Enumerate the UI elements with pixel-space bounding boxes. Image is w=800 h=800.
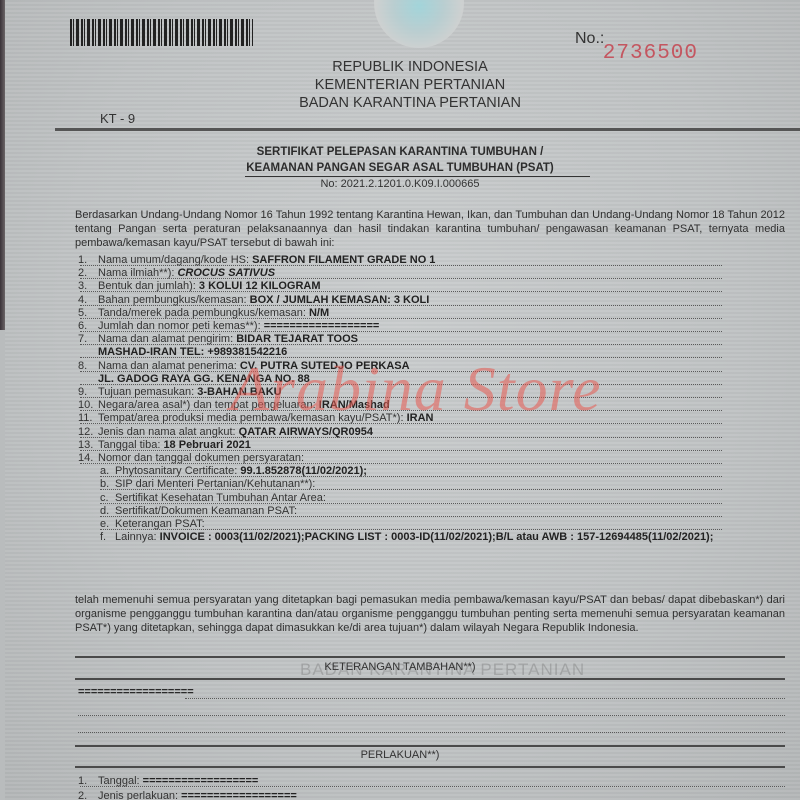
field-value: QATAR AIRWAYS/QR0954: [239, 426, 373, 438]
treatment-heading: PERLAKUAN**): [200, 749, 600, 761]
field-label: Tujuan pemasukan:: [98, 386, 197, 398]
field-label: Tanda/merek pada pembungkus/kemasan:: [98, 307, 309, 319]
document-label: Phytosanitary Certificate:: [115, 465, 240, 477]
treatment-row: 2.Jenis perlakuan: ==================: [78, 789, 297, 800]
document-row: e.Keterangan PSAT:: [100, 517, 205, 531]
treatment-number: 1.: [78, 774, 98, 788]
agency-header: REPUBLIK INDONESIA KEMENTERIAN PERTANIAN…: [230, 58, 590, 112]
field-number: 4.: [78, 293, 98, 307]
treatment-number: 2.: [78, 789, 98, 800]
title-line: KEAMANAN PANGAN SEGAR ASAL TUMBUHAN (PSA…: [200, 160, 600, 176]
field-row: 4.Bahan pembungkus/kemasan: BOX / JUMLAH…: [78, 293, 429, 307]
field-label: Jumlah dan nomor peti kemas**):: [98, 320, 264, 332]
field-label: Bentuk dan jumlah):: [98, 280, 199, 292]
document-value: 99.1.852878(11/02/2021);: [240, 465, 367, 477]
field-row: 3.Bentuk dan jumlah): 3 KOLUI 12 KILOGRA…: [78, 279, 321, 293]
field-label: Nama dan alamat penerima:: [98, 360, 240, 372]
fill-line: [78, 714, 785, 716]
additional-info-value: ==================: [78, 686, 194, 698]
title-underline: [245, 176, 590, 177]
field-number: 1.: [78, 253, 98, 267]
header-divider: [55, 128, 800, 131]
field-number: 8.: [78, 359, 98, 373]
field-value: CROCUS SATIVUS: [177, 267, 275, 279]
certificate-number: No: 2021.2.1201.0.K09.I.000665: [200, 178, 600, 190]
field-row: 12.Jenis dan nama alat angkut: QATAR AIR…: [78, 425, 373, 439]
field-number: 7.: [78, 332, 98, 346]
field-value: N/M: [309, 307, 329, 319]
form-code: KT - 9: [100, 111, 135, 126]
field-row: 6.Jumlah dan nomor peti kemas**): ======…: [78, 319, 379, 333]
document-row: a.Phytosanitary Certificate: 99.1.852878…: [100, 464, 367, 478]
fill-line: [185, 697, 785, 699]
field-label: Nama ilmiah**):: [98, 267, 177, 279]
treatment-row: 1.Tanggal: ==================: [78, 774, 258, 788]
treatment-value: ==================: [143, 775, 259, 787]
document-label: Lainnya:: [115, 531, 160, 543]
field-number: 12.: [78, 425, 98, 439]
title-line: SERTIFIKAT PELEPASAN KARANTINA TUMBUHAN …: [200, 144, 600, 160]
agency-line: KEMENTERIAN PERTANIAN: [230, 76, 590, 94]
field-label: Bahan pembungkus/kemasan:: [98, 294, 250, 306]
field-number: 14.: [78, 451, 98, 465]
fill-line: [78, 731, 785, 733]
section-divider: [75, 656, 785, 658]
document-label: SIP dari Menteri Pertanian/Kehutanan**):: [115, 478, 315, 490]
agency-line: REPUBLIK INDONESIA: [230, 58, 590, 76]
field-label: Jenis dan nama alat angkut:: [98, 426, 239, 438]
field-value: 3 KOLUI 12 KILOGRAM: [199, 280, 321, 292]
field-number: 13.: [78, 438, 98, 452]
document-label: Sertifikat Kesehatan Tumbuhan Antar Area…: [115, 492, 326, 504]
field-number: 2.: [78, 266, 98, 280]
field-value: SAFFRON FILAMENT GRADE NO 1: [252, 254, 435, 266]
field-row: 13.Tanggal tiba: 18 Pebruari 2021: [78, 438, 251, 452]
document-row: f.Lainnya: INVOICE : 0003(11/02/2021);PA…: [100, 530, 713, 544]
document-label: Sertifikat/Dokumen Keamanan PSAT:: [115, 505, 297, 517]
field-number: 11.: [78, 411, 98, 425]
field-value: ==================: [264, 320, 380, 332]
treatment-label: Tanggal:: [98, 775, 143, 787]
document-row: c.Sertifikat Kesehatan Tumbuhan Antar Ar…: [100, 491, 326, 505]
certificate-title: SERTIFIKAT PELEPASAN KARANTINA TUMBUHAN …: [200, 144, 600, 176]
field-number: 6.: [78, 319, 98, 333]
field-row: 5.Tanda/merek pada pembungkus/kemasan: N…: [78, 306, 329, 320]
barcode: [70, 19, 253, 46]
document-letter: a.: [100, 464, 115, 478]
field-label: Tanggal tiba:: [98, 439, 163, 451]
field-number: 9.: [78, 385, 98, 399]
section-divider: [75, 766, 785, 768]
document-letter: b.: [100, 477, 115, 491]
section-divider: [75, 678, 785, 680]
field-row: 2.Nama ilmiah**): CROCUS SATIVUS: [78, 266, 275, 280]
document-row: d.Sertifikat/Dokumen Keamanan PSAT:: [100, 504, 297, 518]
field-value: BOX / JUMLAH KEMASAN: 3 KOLI: [250, 294, 430, 306]
document-label: Keterangan PSAT:: [115, 518, 205, 530]
document-letter: d.: [100, 504, 115, 518]
field-value: BIDAR TEJARAT TOOS: [236, 333, 358, 345]
field-row: 14.Nomor dan tanggal dokumen persyaratan…: [78, 451, 304, 465]
agency-line: BADAN KARANTINA PERTANIAN: [230, 94, 590, 112]
field-label: Nama umum/dagang/kode HS:: [98, 254, 252, 266]
treatment-label: Jenis perlakuan:: [98, 790, 181, 800]
section-divider: [75, 745, 785, 747]
conclusion-paragraph: telah memenuhi semua persyaratan yang di…: [75, 593, 785, 635]
intro-paragraph: Berdasarkan Undang-Undang Nomor 16 Tahun…: [75, 208, 785, 250]
field-number: 10.: [78, 398, 98, 412]
field-row: 7.Nama dan alamat pengirim: BIDAR TEJARA…: [78, 332, 358, 346]
document-letter: e.: [100, 517, 115, 531]
document-value: INVOICE : 0003(11/02/2021);PACKING LIST …: [160, 531, 714, 543]
field-number: 3.: [78, 279, 98, 293]
treatment-value: ==================: [181, 790, 297, 800]
store-watermark: Arabina Store: [230, 352, 602, 426]
additional-info-heading: KETERANGAN TAMBAHAN**): [200, 661, 600, 673]
field-number: 5.: [78, 306, 98, 320]
field-row: 1.Nama umum/dagang/kode HS: SAFFRON FILA…: [78, 253, 435, 267]
field-label: Nomor dan tanggal dokumen persyaratan:: [98, 452, 304, 464]
document-row: b.SIP dari Menteri Pertanian/Kehutanan**…: [100, 477, 315, 491]
field-value: 18 Pebruari 2021: [163, 439, 250, 451]
document-letter: c.: [100, 491, 115, 505]
field-label: Nama dan alamat pengirim:: [98, 333, 236, 345]
document-letter: f.: [100, 530, 115, 544]
